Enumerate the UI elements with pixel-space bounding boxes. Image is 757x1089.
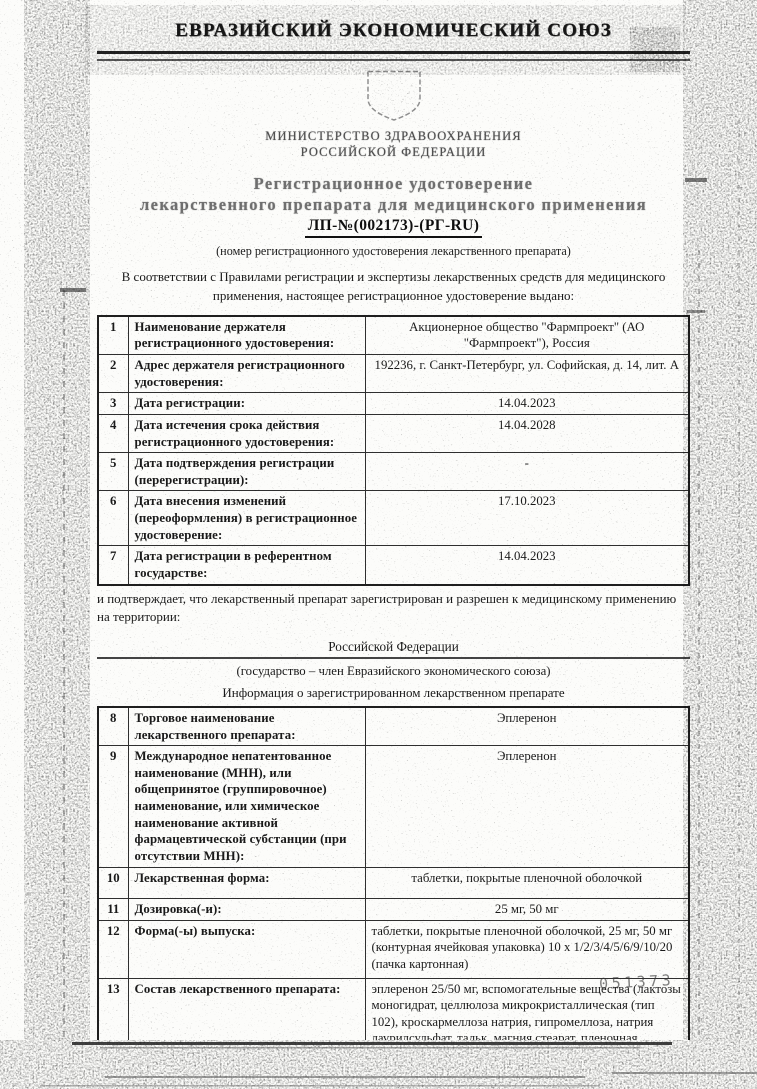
row-value: 25 мг, 50 мг: [365, 898, 689, 920]
row-label: Дата регистрации:: [128, 393, 365, 415]
table-row: 11 Дозировка(-и): 25 мг, 50 мг: [98, 898, 689, 920]
row-label: Дата внесения изменений (переоформления)…: [128, 491, 365, 546]
row-number: 7: [98, 546, 128, 585]
row-value: Акционерное общество "Фармпроект" (АО "Ф…: [365, 316, 689, 355]
ministry-line2: РОССИЙСКОЙ ФЕДЕРАЦИИ: [97, 144, 690, 160]
row-number: 8: [98, 707, 128, 746]
scanned-certificate-page: ЕВРАЗИЙСКИЙ ЭКОНОМИЧЕСКИЙ СОЮЗ МИНИСТЕРС…: [0, 0, 757, 1089]
row-number: 9: [98, 746, 128, 867]
ministry-line1: МИНИСТЕРСТВО ЗДРАВООХРАНЕНИЯ: [97, 128, 690, 144]
row-label: Состав лекарственного препарата:: [128, 978, 365, 1083]
territory-underline: [97, 657, 690, 659]
header-double-rule: [97, 51, 690, 61]
row-number: 1: [98, 316, 128, 355]
row-number: 6: [98, 491, 128, 546]
registration-number-wrap: ЛП-№(002173)-(РГ-RU): [97, 217, 690, 238]
table-row: 10 Лекарственная форма: таблетки, покрыт…: [98, 867, 689, 898]
row-label: Международное непатентованное наименован…: [128, 746, 365, 867]
row-value: 14.04.2023: [365, 393, 689, 415]
table-row: 13 Состав лекарственного препарата: эпле…: [98, 978, 689, 1083]
row-label: Дата подтверждения регистрации (перереги…: [128, 453, 365, 491]
row-value: эплеренон 25/50 мг, вспомогательные веще…: [365, 978, 689, 1083]
row-value: Эплеренон: [365, 746, 689, 867]
registration-number-caption: (номер регистрационного удостоверения ле…: [97, 244, 690, 259]
table-row: 7 Дата регистрации в референтном государ…: [98, 546, 689, 585]
document-title: Регистрационное удостоверение лекарствен…: [97, 173, 690, 217]
ministry-name: МИНИСТЕРСТВО ЗДРАВООХРАНЕНИЯ РОССИЙСКОЙ …: [97, 128, 690, 161]
document-content: ЕВРАЗИЙСКИЙ ЭКОНОМИЧЕСКИЙ СОЮЗ МИНИСТЕРС…: [97, 0, 690, 1084]
table-row: 12 Форма(-ы) выпуска: таблетки, покрытые…: [98, 920, 689, 978]
left-border-ornament: [24, 0, 90, 1089]
row-value: таблетки, покрытые пленочной оболочкой, …: [365, 920, 689, 978]
territory-caption: (государство – член Евразийского экономи…: [97, 664, 690, 679]
product-info-heading: Информация о зарегистрированном лекарств…: [97, 685, 690, 701]
row-value: 14.04.2028: [365, 414, 689, 452]
row-number: 12: [98, 920, 128, 978]
table-row: 8 Торговое наименование лекарственного п…: [98, 707, 689, 746]
row-label: Дата истечения срока действия регистраци…: [128, 414, 365, 452]
row-number: 10: [98, 867, 128, 898]
row-label: Лекарственная форма:: [128, 867, 365, 898]
row-value: 14.04.2023: [365, 546, 689, 585]
table-row: 3 Дата регистрации: 14.04.2023: [98, 393, 689, 415]
territory-name: Российской Федерации: [97, 639, 690, 655]
row-number: 2: [98, 355, 128, 393]
table-row: 9 Международное непатентованное наименов…: [98, 746, 689, 867]
row-label: Адрес держателя регистрационного удостов…: [128, 355, 365, 393]
product-info-table: 8 Торговое наименование лекарственного п…: [97, 706, 690, 1084]
row-value: -: [365, 453, 689, 491]
row-number: 3: [98, 393, 128, 415]
row-label: Дата регистрации в референтном государст…: [128, 546, 365, 585]
row-value: 17.10.2023: [365, 491, 689, 546]
row-label: Торговое наименование лекарственного пре…: [128, 707, 365, 746]
document-title-line2: лекарственного препарата для медицинског…: [97, 194, 690, 216]
holder-info-table: 1 Наименование держателя регистрационног…: [97, 315, 690, 586]
right-border-ornament: [683, 0, 757, 1089]
row-number: 11: [98, 898, 128, 920]
intro-paragraph: В соответствии с Правилами регистрации и…: [99, 267, 688, 305]
row-value: таблетки, покрытые пленочной оболочкой: [365, 867, 689, 898]
document-title-line1: Регистрационное удостоверение: [97, 173, 690, 195]
table-row: 2 Адрес держателя регистрационного удост…: [98, 355, 689, 393]
confirmation-text: и подтверждает, что лекарственный препар…: [97, 590, 690, 626]
coat-of-arms-emblem: [361, 70, 427, 122]
table-row: 4 Дата истечения срока действия регистра…: [98, 414, 689, 452]
row-value: Эплеренон: [365, 707, 689, 746]
rule-thick: [97, 51, 690, 54]
registration-number: ЛП-№(002173)-(РГ-RU): [305, 217, 483, 238]
row-number: 4: [98, 414, 128, 452]
table-row: 1 Наименование держателя регистрационног…: [98, 316, 689, 355]
row-label: Наименование держателя регистрационного …: [128, 316, 365, 355]
row-label: Форма(-ы) выпуска:: [128, 920, 365, 978]
row-number: 13: [98, 978, 128, 1083]
row-label: Дозировка(-и):: [128, 898, 365, 920]
row-value: 192236, г. Санкт-Петербург, ул. Софийска…: [365, 355, 689, 393]
shield-icon: [361, 70, 427, 122]
eaeu-union-header: ЕВРАЗИЙСКИЙ ЭКОНОМИЧЕСКИЙ СОЮЗ: [97, 20, 690, 42]
table-row: 6 Дата внесения изменений (переоформлени…: [98, 491, 689, 546]
table-row: 5 Дата подтверждения регистрации (перере…: [98, 453, 689, 491]
rule-thin: [97, 59, 690, 61]
row-number: 5: [98, 453, 128, 491]
